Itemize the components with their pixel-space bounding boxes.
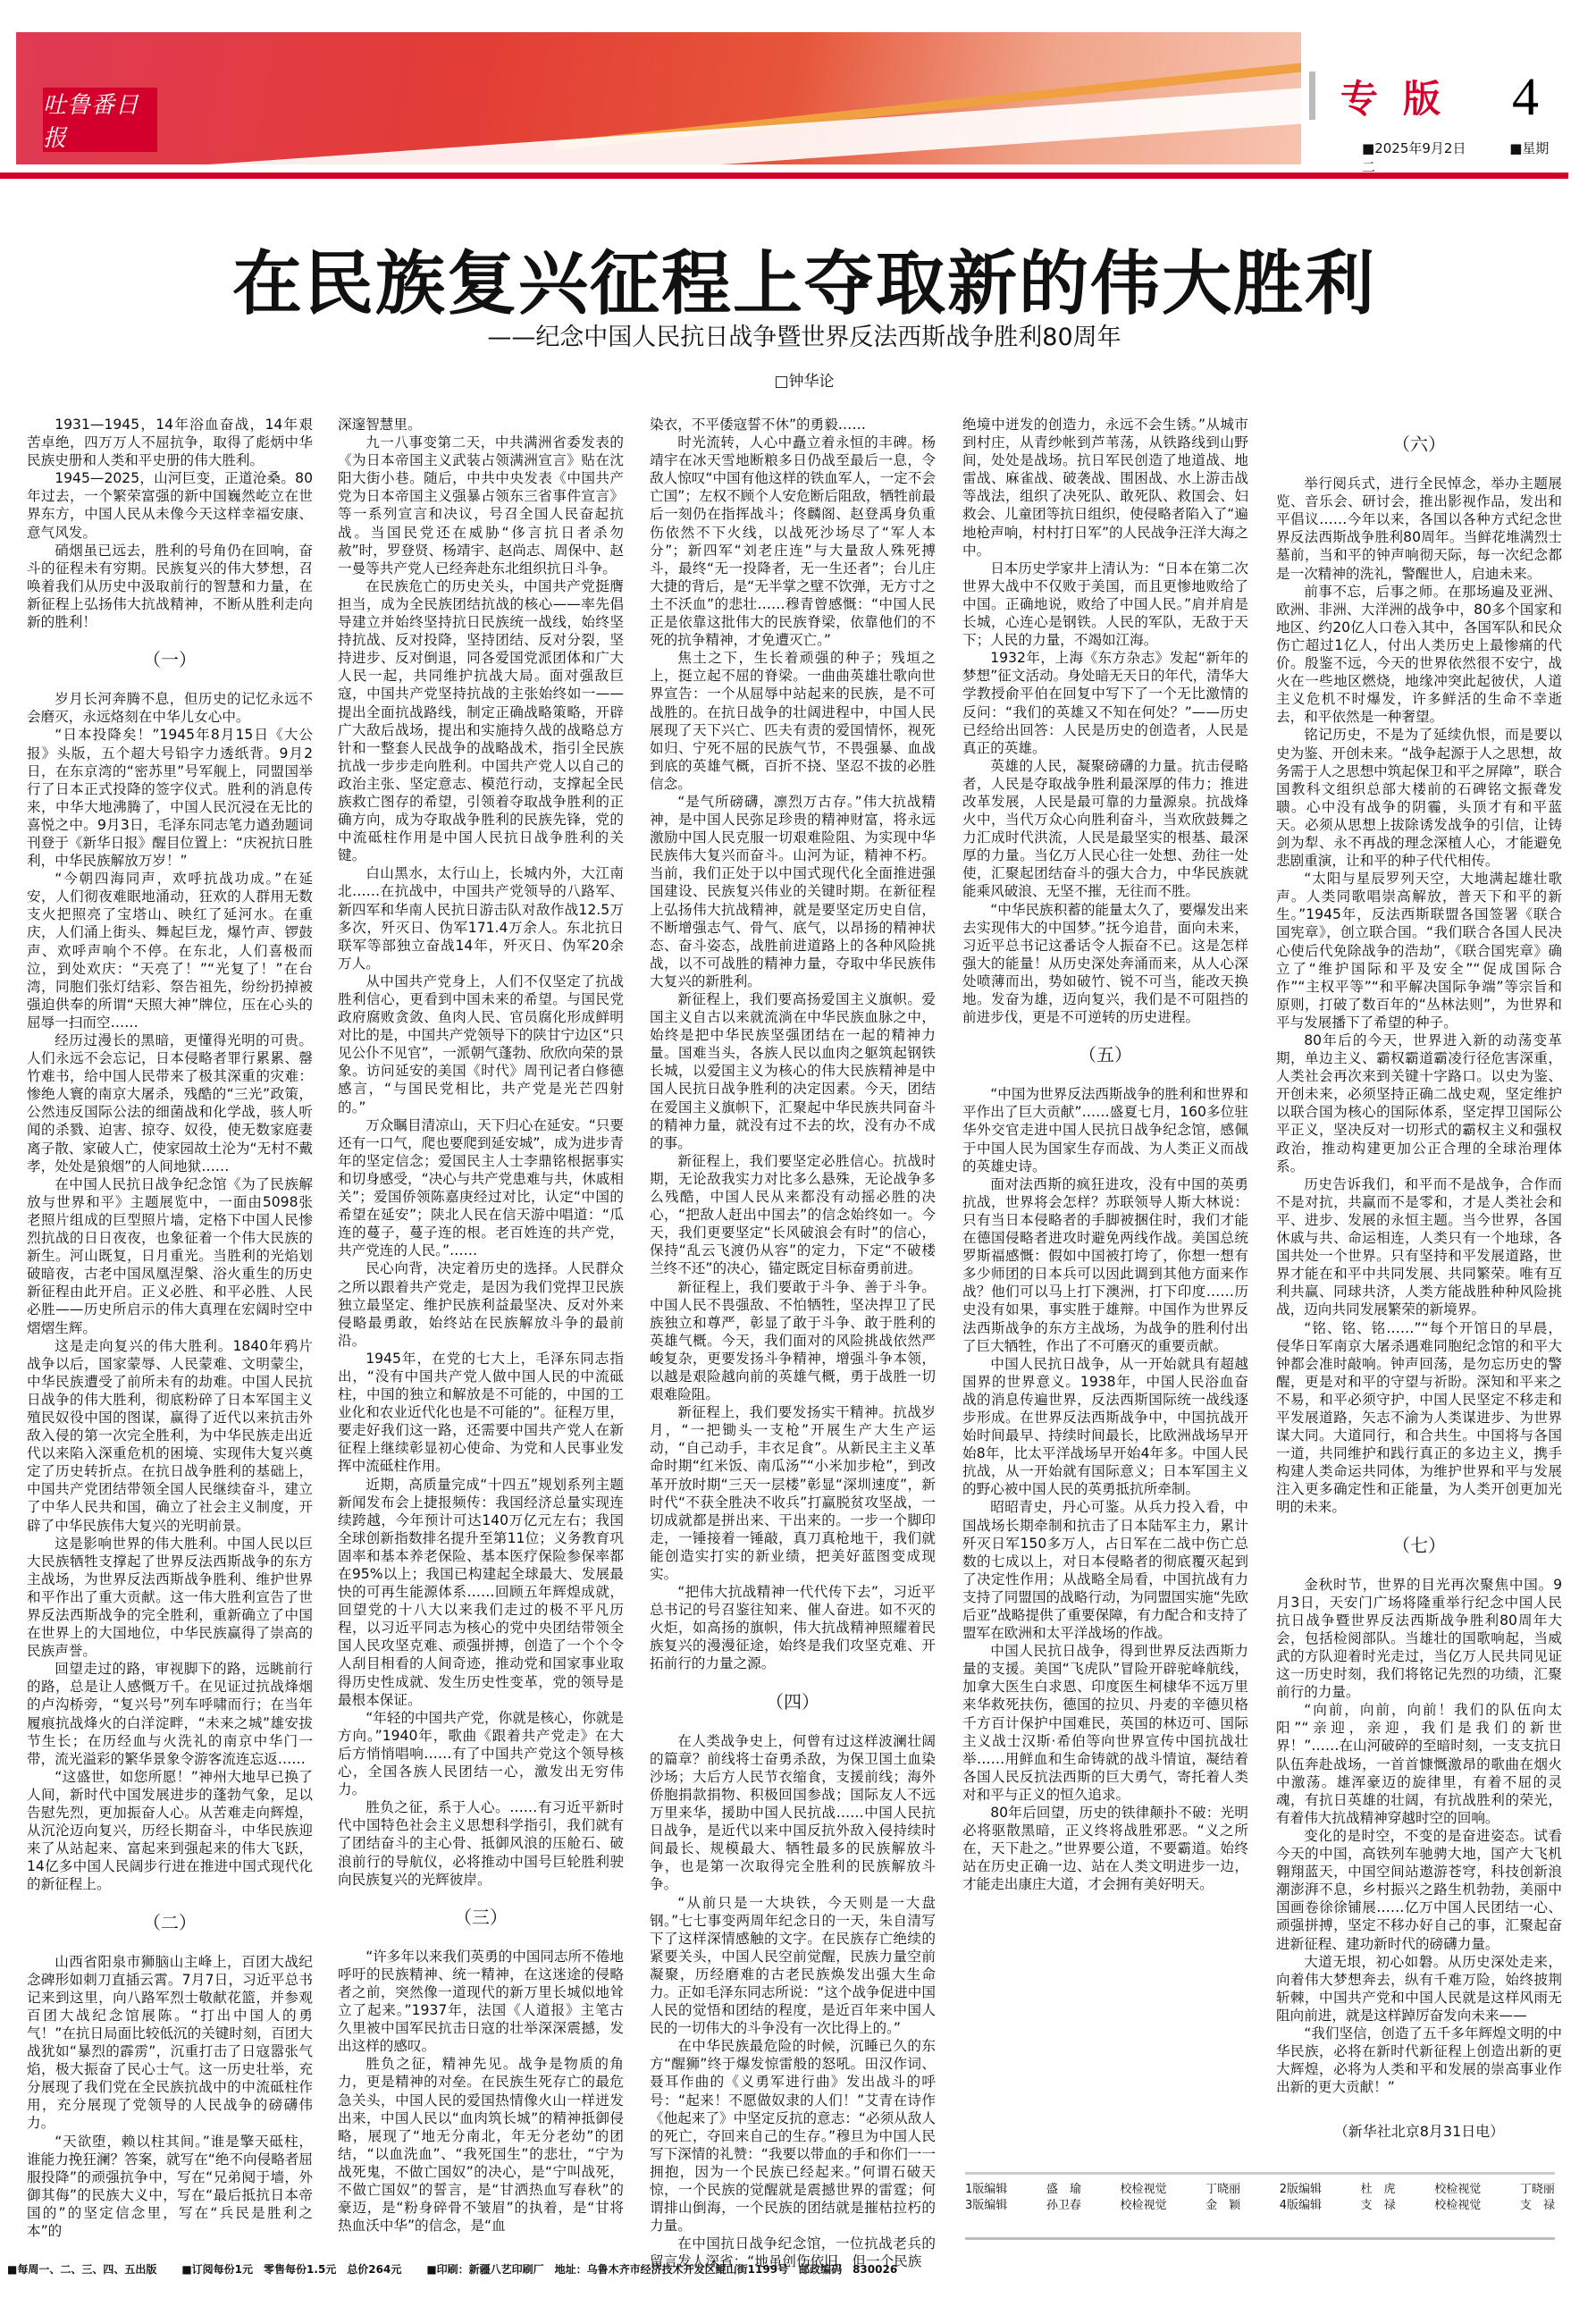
credits-row: 1版编辑 盛 瑜 校检视觉 丁晓丽 2版编辑 杜 虎 校检视觉 丁晓丽: [965, 2182, 1555, 2198]
article-paragraph: 1932年，上海《东方杂志》发起“新年的梦想”征文活动。身处暗无天日的年代，清华…: [962, 649, 1248, 757]
editor-credits: 1版编辑 盛 瑜 校检视觉 丁晓丽 2版编辑 杜 虎 校检视觉 丁晓丽 3版编辑…: [965, 2172, 1555, 2240]
article-paragraph: 大道无垠，初心如磐。从历史深处走来，向着伟大梦想奔去，纵有千难万险，始终披荆斩棘…: [1276, 1953, 1562, 2025]
article-paragraph: 1945年，在党的七大上，毛泽东同志指出，“没有中国共产党人做中国人民的中流砥柱…: [338, 1350, 624, 1476]
article-paragraph: 英雄的人民，凝聚磅礴的力量。抗击侵略者，人民是夺取战争胜利最深厚的伟力；推进改革…: [962, 757, 1248, 901]
article-paragraph: 民心向背，决定着历史的选择。人民群众之所以跟着共产党走，是因为我们党捍卫民族独立…: [338, 1259, 624, 1349]
article-paragraph: “向前，向前，向前！我们的队伍向太阳”“亲迎，亲迎，我们是我们的新世界！”……在…: [1276, 1701, 1562, 1827]
article-paragraph: 中国人民抗日战争，从一开始就具有超越国界的世界意义。1938年，中国人民浴血奋战…: [962, 1355, 1248, 1499]
credit-role: 校检视觉: [1121, 2198, 1167, 2214]
article-paragraph: 万众瞩目清凉山，天下归心在延安。“只要还有一口气，爬也要爬到延安城”，成为进步青…: [338, 1116, 624, 1260]
article-paragraph: 山西省阳泉市狮脑山主峰上，百团大战纪念碑形如刺刀直插云霄。7月7日，习近平总书记…: [27, 1953, 313, 2133]
article-paragraph: 近期，高质量完成“十四五”规划系列主题新闻发布会上捷报频传：我国经济总量实现连续…: [338, 1476, 624, 1709]
section-number-heading: （二）: [27, 1914, 313, 1932]
text-column-2: 深邃智慧里。九一八事变第二天，中共满洲省委发表的《为日本帝国主义武装占领满洲宣言…: [338, 416, 624, 2235]
credit-role: 1版编辑: [965, 2182, 1007, 2198]
article-headline: 在民族复兴征程上夺取新的伟大胜利: [179, 228, 1430, 328]
page-number: 4: [1512, 66, 1539, 128]
article-paragraph: 历史告诉我们，和平而不是战争，合作而不是对抗，共赢而不是零和，才是人类社会和平、…: [1276, 1175, 1562, 1319]
article-paragraph: 80年后回望，历史的铁律颠扑不破：光明必将驱散黑暗，正义终将战胜邪恶。“义之所在…: [962, 1804, 1248, 1893]
article-paragraph: “太阳与星辰罗列天空，大地满起雄壮歌声。人类同歌唱崇高解放，普天下和平的新生。”…: [1276, 870, 1562, 1031]
masthead-swoosh: [16, 80, 1301, 164]
article-paragraph: “这盛世，如您所愿！”神州大地早已换了人间，新时代中国发展进步的蓬勃气象，足以告…: [27, 1768, 313, 1894]
print-footer: ■每周一、二、三、四、五出版 ■订阅每份1元 零售每份1.5元 总价264元 ■…: [7, 2261, 1258, 2277]
article-paragraph: 这是影响世界的伟大胜利。中国人民以巨大民族牺牲支撑起了世界反法西斯战争的东方主战…: [27, 1535, 313, 1661]
article-paragraph: 染衣，不平倭寇誓不休”的勇毅……: [650, 416, 936, 434]
article-paragraph: “年轻的中国共产党，你就是核心，你就是方向。”1940年，歌曲《跟着共产党走》在…: [338, 1709, 624, 1798]
credit-name: 丁晓丽: [1205, 2182, 1240, 2198]
section-number-heading: （四）: [650, 1693, 936, 1711]
text-column-3: 染衣，不平倭寇誓不休”的勇毅……时光流转，人心中矗立着永恒的丰碑。杨靖宇在冰天雪…: [650, 416, 936, 2270]
footer-schedule: ■每周一、二、三、四、五出版: [7, 2261, 156, 2277]
text-column-5: （六）举行阅兵式，进行全民悼念，举办主题展览、音乐会、研讨会，推出影视作品，发出…: [1276, 416, 1562, 2141]
article-paragraph: 时光流转，人心中矗立着永恒的丰碑。杨靖宇在冰天雪地断粮多日仍战至最后一息，令敌人…: [650, 434, 936, 649]
credit-name: 金 颖: [1205, 2198, 1240, 2214]
article-paragraph: “从前只是一大块铁，今天则是一大盘钢。”七七事变两周年纪念日的一天，朱自清写下了…: [650, 1894, 936, 2038]
article-paragraph: 九一八事变第二天，中共满洲省委发表的《为日本帝国主义武装占领满洲宣言》贴在沈阳大…: [338, 434, 624, 577]
article-paragraph: 硝烟虽已远去，胜利的号角仍在回响，奋斗的征程未有穷期。民族复兴的伟大梦想，召唤着…: [27, 542, 313, 631]
article-paragraph: “铭、铭、铭……”“每个开馆日的早晨，侵华日军南京大屠杀遇难同胞纪念馆的和平大钟…: [1276, 1319, 1562, 1517]
section-label: 专版: [1340, 70, 1466, 123]
credit-name: 支 禄: [1520, 2198, 1555, 2214]
article-byline: □钟华论: [715, 368, 894, 391]
article-paragraph: “把伟大抗战精神一代代传下去”，习近平总书记的号召鉴往知来、催人奋进。如不灭的火…: [650, 1583, 936, 1672]
article-subtitle: ——纪念中国人民抗日战争暨世界反法西斯战争胜利80周年: [268, 317, 1340, 352]
credit-name: 杜 虎: [1361, 2182, 1396, 2198]
section-number-heading: （一）: [27, 651, 313, 669]
article-paragraph: 焦土之下，生长着顽强的种子；残垣之上，挺立起不屈的脊梁。一曲曲英雄壮歌向世界宣告…: [650, 649, 936, 793]
masthead-banner: 吐鲁番日报: [16, 32, 1301, 164]
article-paragraph: 从中国共产党身上，人们不仅坚定了抗战胜利信心，更看到中国未来的希望。与国民党政府…: [338, 972, 624, 1116]
credit-name: 丁晓丽: [1520, 2182, 1555, 2198]
article-paragraph: “今朝四海同声，欢呼抗战功成。”在延安，人们彻夜难眠地涌动，狂欢的人群用无数支火…: [27, 870, 313, 1031]
article-paragraph: 白山黑水，太行山上，长城内外，大江南北……在抗战中，中国共产党领导的八路军、新四…: [338, 864, 624, 972]
article-paragraph: 铭记历史，不是为了延续仇恨，而是要以史为鉴、开创未来。“战争起源于人之思想，故务…: [1276, 726, 1562, 870]
header-rule: [0, 173, 1568, 179]
article-paragraph: “日本投降矣！”1945年8月15日《大公报》头版，五个超大号铅字力透纸背。9月…: [27, 726, 313, 870]
section-number-heading: （七）: [1276, 1536, 1562, 1554]
article-paragraph: 在中国人民抗日战争纪念馆《为了民族解放与世界和平》主题展览中，一面由5098张老…: [27, 1175, 313, 1337]
article-paragraph: 深邃智慧里。: [338, 416, 624, 434]
credit-name: 支 禄: [1361, 2198, 1396, 2214]
section-number-heading: （五）: [962, 1046, 1248, 1064]
article-paragraph: 变化的是时空，不变的是奋进姿态。试看今天的中国，高铁列车驰骋大地，国产大飞机翱翔…: [1276, 1827, 1562, 1953]
article-paragraph: 昭昭青史，丹心可鉴。从兵力投入看，中国战场长期牵制和抗击了日本陆军主力，累计歼灭…: [962, 1498, 1248, 1642]
article-paragraph: 前事不忘，后事之师。在那场遍及亚洲、欧洲、非洲、大洋洲的战争中，80多个国家和地…: [1276, 583, 1562, 727]
article-paragraph: 1945—2025，山河巨变，正道沧桑。80年过去，一个繁荣富强的新中国巍然屹立…: [27, 469, 313, 541]
credit-role: 2版编辑: [1280, 2182, 1322, 2198]
article-paragraph: 绝境中迸发的创造力，永远不会生锈。”从城市到村庄，从青纱帐到芦苇荡，从铁路线到山…: [962, 416, 1248, 560]
article-paragraph: “中国为世界反法西斯战争的胜利和世界和平作出了巨大贡献”……盛夏七月，160多位…: [962, 1085, 1248, 1174]
article-paragraph: 岁月长河奔腾不息，但历史的记忆永远不会磨灭，永远烙刻在中华儿女心中。: [27, 690, 313, 726]
article-paragraph: “中华民族积蓄的能量太久了，要爆发出来去实现伟大的中国梦。”抚今追昔，面向未来，…: [962, 901, 1248, 1027]
footer-printer: ■印刷：新疆八艺印刷厂 地址：乌鲁木齐市经济技术开发区鲲山街1199号 邮政编码…: [426, 2261, 897, 2277]
article-paragraph: 回望走过的路，审视脚下的路，远眺前行的路，总是让人感慨万千。在见证过抗战烽烟的卢…: [27, 1660, 313, 1768]
article-paragraph: “我们坚信，创造了五千多年辉煌文明的中华民族，必将在新时代新征程上创造出新的更大…: [1276, 2025, 1562, 2096]
article-paragraph: 这是走向复兴的伟大胜利。1840年鸦片战争以后，国家蒙辱、人民蒙难、文明蒙尘，中…: [27, 1337, 313, 1535]
article-paragraph: 中国人民抗日战争，得到世界反法西斯力量的支援。美国“飞虎队”冒险开辟驼峰航线，加…: [962, 1642, 1248, 1804]
article-paragraph: 在中华民族最危险的时候，沉睡已久的东方“醒狮”终于爆发惊雷般的怒吼。田汉作词、聂…: [650, 2037, 936, 2235]
text-column-1: 1931—1945，14年浴血奋战，14年艰苦卓绝，四万万人不屈抗争，取得了彪炳…: [27, 416, 313, 2240]
section-divider: [1309, 72, 1315, 120]
article-paragraph: 新征程上，我们要发扬实干精神。抗战岁月，“一把锄头一支枪”开展生产大生产运动，“…: [650, 1403, 936, 1583]
article-paragraph: “许多年以来我们英勇的中国同志所不倦地呼吁的民族精神、统一精神，在这迷途的侵略者…: [338, 1948, 624, 2056]
article-paragraph: 在民族危亡的历史关头，中国共产党挺膺担当，成为全民族团结抗战的核心——率先倡导建…: [338, 577, 624, 865]
credit-role: 校检视觉: [1434, 2198, 1481, 2214]
article-paragraph: 80年后的今天，世界进入新的动荡变革期，单边主义、霸权霸道霸凌行径危害深重，人类…: [1276, 1031, 1562, 1175]
article-paragraph: 胜负之征，系于人心。……有习近平新时代中国特色社会主义思想科学指引，我们就有了团…: [338, 1798, 624, 1888]
wire-dateline: （新华社北京8月31日电）: [1276, 2123, 1562, 2141]
article-paragraph: “天欲堕，赖以柱其间。”谁是擎天砥柱，谁能力挽狂澜？答案，就写在“绝不向侵略者屈…: [27, 2133, 313, 2241]
article-paragraph: 新征程上，我们要高扬爱国主义旗帜。爱国主义自古以来就流淌在中华民族血脉之中，始终…: [650, 990, 936, 1152]
article-paragraph: 在人类战争史上，何曾有过这样波澜壮阔的篇章？前线将士奋勇杀敌，为保卫国土血染沙场…: [650, 1732, 936, 1894]
issue-date-text: 2025年9月2日: [1374, 140, 1466, 156]
newspaper-logo: 吐鲁番日报: [43, 88, 157, 152]
credit-role: 校检视觉: [1121, 2182, 1167, 2198]
article-paragraph: 举行阅兵式，进行全民悼念，举办主题展览、音乐会、研讨会，推出影视作品，发出和平倡…: [1276, 475, 1562, 583]
footer-pricing: ■订阅每份1元 零售每份1.5元 总价264元: [181, 2261, 401, 2277]
article-paragraph: 面对法西斯的疯狂进攻，没有中国的英勇抗战，世界将会怎样？苏联领导人斯大林说：只有…: [962, 1175, 1248, 1355]
credits-row: 3版编辑 孙卫春 校检视觉 金 颖 4版编辑 支 禄 校检视觉 支 禄: [965, 2198, 1555, 2214]
text-column-4: 绝境中迸发的创造力，永远不会生锈。”从城市到村庄，从青纱帐到芦苇荡，从铁路线到山…: [962, 416, 1248, 1894]
issue-dateline: ■2025年9月2日 ■星期二: [1362, 139, 1596, 176]
section-number-heading: （六）: [1276, 435, 1562, 453]
section-number-heading: （三）: [338, 1908, 624, 1926]
credit-role: 校检视觉: [1434, 2182, 1481, 2198]
article-paragraph: 胜负之征，精神先见。战争是物质的角力，更是精神的对垒。在民族生死存亡的最危急关头…: [338, 2055, 624, 2235]
article-paragraph: 新征程上，我们要坚定必胜信心。抗战时期，无论敌我实力对比多么悬殊，无论战争多么残…: [650, 1152, 936, 1278]
issue-date: ■2025年9月2日: [1362, 140, 1485, 156]
article-paragraph: 1931—1945，14年浴血奋战，14年艰苦卓绝，四万万人不屈抗争，取得了彪炳…: [27, 416, 313, 469]
article-paragraph: 新征程上，我们要敢于斗争、善于斗争。中国人民不畏强敌、不怕牺牲，坚决捍卫了民族独…: [650, 1278, 936, 1404]
article-paragraph: “是气所磅礴，凛烈万古存。”伟大抗战精神，是中国人民弥足珍贵的精神财富，将永远激…: [650, 793, 936, 990]
credit-role: 4版编辑: [1280, 2198, 1322, 2214]
credit-name: 孙卫春: [1046, 2198, 1081, 2214]
article-paragraph: 金秋时节，世界的目光再次聚焦中国。9月3日，天安门广场将隆重举行纪念中国人民抗日…: [1276, 1576, 1562, 1702]
credit-name: 盛 瑜: [1046, 2182, 1081, 2198]
article-paragraph: 经历过漫长的黑暗，更懂得光明的可贵。人们永远不会忘记，日本侵略者罪行累累、罄竹难…: [27, 1031, 313, 1175]
article-paragraph: 日本历史学家井上清认为：“日本在第二次世界大战中不仅败于美国，而且更惨地败给了中…: [962, 560, 1248, 649]
credit-role: 3版编辑: [965, 2198, 1007, 2214]
